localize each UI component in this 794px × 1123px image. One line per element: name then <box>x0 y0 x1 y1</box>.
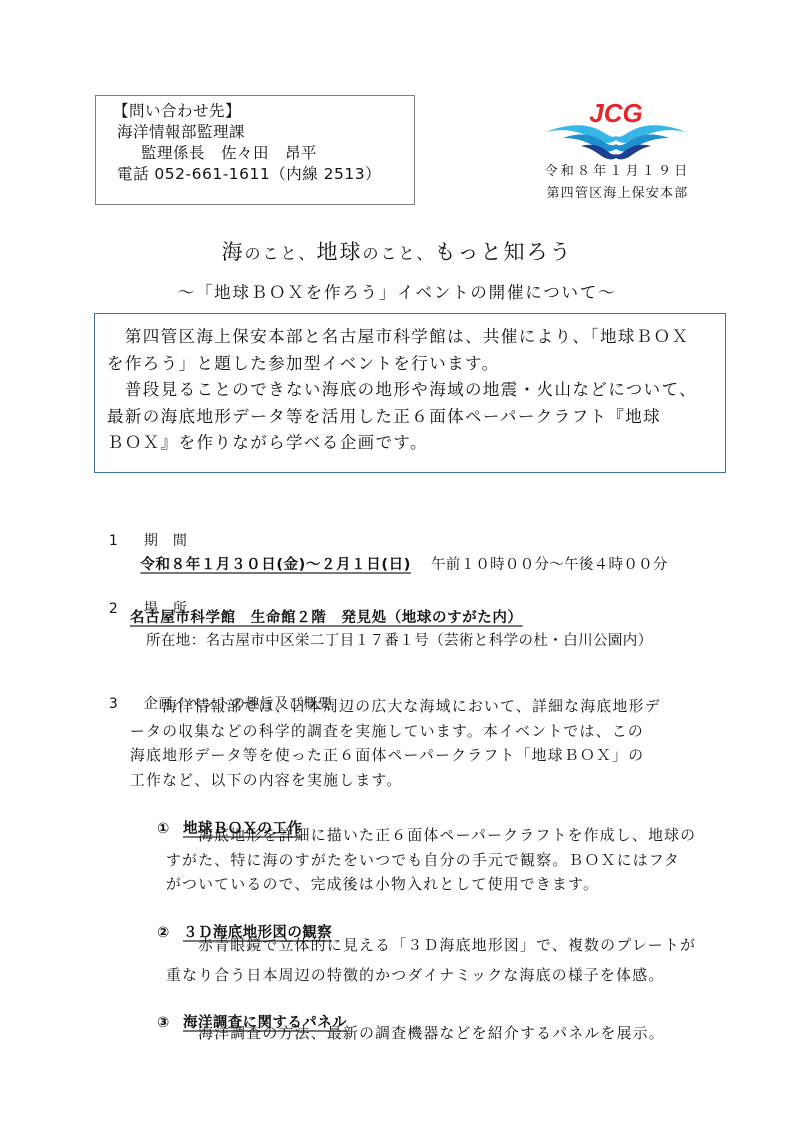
summary-line: を作ろう」と題した参加型イベントを行います。 <box>107 351 713 378</box>
jcg-logo: JCG <box>541 98 691 160</box>
period-detail: 令和８年１月３０日(金)～２月１日(日)午前１０時００分～午後４時００分 <box>130 537 668 574</box>
summary-box: 第四管区海上保安本部と名古屋市科学館は、共催により、「地球ＢＯＸ を作ろう」と題… <box>94 313 726 473</box>
contact-box: 【問い合わせ先】 海洋情報部監理課 監理係長 佐々田 昂平 電話 052-661… <box>95 95 415 205</box>
summary-line: ＢＯＸ』を作りながら学べる企画です。 <box>107 430 713 457</box>
overview-body: 海洋情報部では、日本周辺の広大な海域において、詳細な海底地形デ ータの収集などの… <box>130 695 661 793</box>
item-line: 海洋調査の方法、最新の調査機器などを紹介するパネルを展示。 <box>166 1022 665 1046</box>
issue-date: 令和８年１月１９日 <box>530 162 705 182</box>
page-subtitle: ～「地球ＢＯＸを作ろう」イベントの開催について～ <box>0 279 794 303</box>
item-line: がついているので、完成後は小物入れとして使用できます。 <box>166 873 696 898</box>
venue-address: 所在地：名古屋市中区栄二丁目１７番１号（芸術と科学の杜・白川公園内） <box>146 629 653 650</box>
item-line: 海底地形を詳細に描いた正６面体ペーパークラフトを作成し、地球の <box>166 824 696 849</box>
item-line: すがた、特に海のすがたをいつでも自分の手元で観察。ＢＯＸにはフタ <box>166 849 696 874</box>
page-title: 海のこと、地球のこと、もっと知ろう <box>0 236 794 266</box>
contact-department: 海洋情報部監理課 <box>96 122 414 143</box>
event-time: 午前１０時００分～午後４時００分 <box>431 557 668 573</box>
jcg-wave-emblem-icon: JCG <box>541 98 691 160</box>
item-line: 重なり合う日本周辺の特徴的かつダイナミックな海底の様子を体感。 <box>166 961 696 991</box>
event-dates: 令和８年１月３０日(金)～２月１日(日) <box>140 557 411 573</box>
contact-phone: 電話 052-661-1611（内線 2513） <box>96 164 414 185</box>
overview-line: 海底地形データ等を使った正６面体ペーパークラフト「地球ＢＯＸ」の <box>130 744 661 769</box>
contact-person: 監理係長 佐々田 昂平 <box>96 143 414 164</box>
item-3-body: 海洋調査の方法、最新の調査機器などを紹介するパネルを展示。 <box>166 1022 665 1046</box>
contact-heading: 【問い合わせ先】 <box>96 101 414 122</box>
jcg-logo-text: JCG <box>589 98 642 128</box>
summary-line: 最新の海底地形データ等を活用した正６面体ペーパークラフト『地球 <box>107 404 713 431</box>
item-2-body: 赤青眼鏡で立体的に見える「３Ｄ海底地形図」で、複数のプレートが 重なり合う日本周… <box>166 931 696 991</box>
overview-line: 海洋情報部では、日本周辺の広大な海域において、詳細な海底地形デ <box>130 695 661 720</box>
overview-line: ータの収集などの科学的調査を実施しています。本イベントでは、この <box>130 720 661 745</box>
item-line: 赤青眼鏡で立体的に見える「３Ｄ海底地形図」で、複数のプレートが <box>166 931 696 961</box>
summary-line: 第四管区海上保安本部と名古屋市科学館は、共催により、「地球ＢＯＸ <box>107 324 713 351</box>
issuer: 第四管区海上保安本部 <box>530 184 705 204</box>
event-venue: 名古屋市科学館 生命館２階 発見処（地球のすがた内） <box>130 606 523 627</box>
item-1-body: 海底地形を詳細に描いた正６面体ペーパークラフトを作成し、地球の すがた、特に海の… <box>166 824 696 898</box>
summary-line: 普段見ることのできない海底の地形や海域の地震・火山などについて、 <box>107 377 713 404</box>
overview-line: 工作など、以下の内容を実施します。 <box>130 769 661 794</box>
